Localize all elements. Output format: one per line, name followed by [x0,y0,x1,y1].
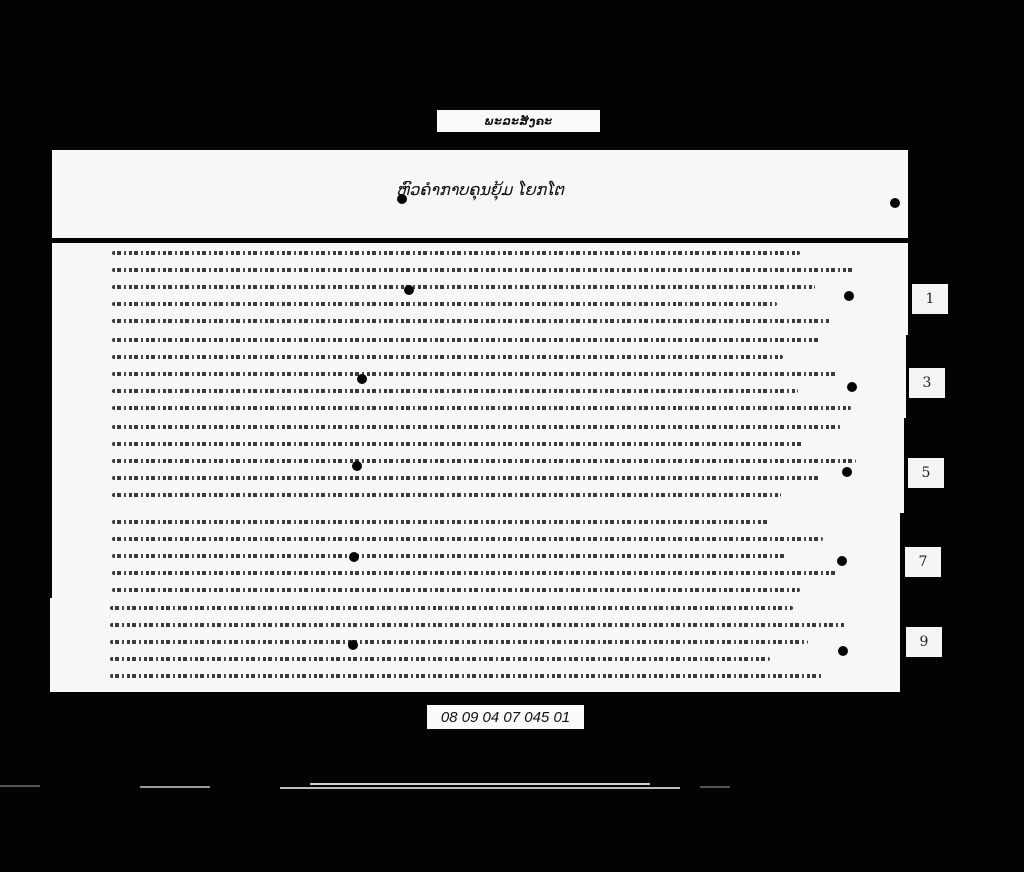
title-label: ພະລະສັງຄະ [437,110,600,132]
film-noise [0,785,40,787]
handwritten-script-line [110,640,808,644]
film-scratch [280,787,680,789]
manuscript-leaf-leaf-5 [52,417,904,513]
handwritten-script-line [112,571,838,575]
binding-hole-icon [397,194,407,204]
manuscript-leaf-leaf-3 [52,330,906,418]
page-number-tag: 3 [909,368,945,398]
script-lines [112,251,868,329]
handwritten-script-line [112,588,800,592]
binding-hole-icon [847,382,857,392]
manuscript-leaf-leaf-7 [52,512,900,606]
film-scratch [310,783,650,785]
handwritten-script-line [112,251,800,255]
binding-hole-icon [838,646,848,656]
script-lines [112,425,864,507]
binding-hole-icon [349,552,359,562]
handwritten-script-line [110,657,770,661]
handwritten-script-line [112,355,783,359]
manuscript-leaf-cover: ຫົວຄຳກາບຄຸນຍຸ້ມ ໂຍກໂຕ [52,150,908,238]
script-lines [110,606,860,686]
page-number-tag: 1 [912,284,948,314]
handwritten-script-line [112,319,830,323]
film-noise [700,786,730,788]
handwritten-script-line [112,459,856,463]
binding-hole-icon [844,291,854,301]
binding-hole-icon [348,640,358,650]
cover-leaf-caption: ຫົວຄຳກາບຄຸນຍຸ້ມ ໂຍກໂຕ [396,180,564,199]
handwritten-script-line [112,302,777,306]
handwritten-script-line [112,285,815,289]
manuscript-leaf-leaf-9 [50,598,900,692]
handwritten-script-line [112,338,821,342]
page-number-tag: 5 [908,458,944,488]
handwritten-script-line [110,606,793,610]
handwritten-script-line [112,493,781,497]
handwritten-script-line [112,389,798,393]
handwritten-script-line [110,674,823,678]
manuscript-leaf-leaf-1 [52,243,908,335]
binding-hole-icon [357,374,367,384]
handwritten-script-line [112,425,841,429]
binding-hole-icon [890,198,900,208]
handwritten-script-line [112,372,836,376]
binding-hole-icon [352,461,362,471]
reference-number-label: 08 09 04 07 045 01 [427,705,584,729]
handwritten-script-line [112,442,804,446]
binding-hole-icon [837,556,847,566]
handwritten-script-line [112,268,853,272]
handwritten-script-line [112,476,819,480]
script-lines [112,338,866,412]
script-lines [112,520,860,600]
page-number-tag: 9 [906,627,942,657]
handwritten-script-line [112,406,851,410]
handwritten-script-line [110,623,845,627]
binding-hole-icon [842,467,852,477]
film-scratch [140,786,210,788]
handwritten-script-line [112,520,770,524]
binding-hole-icon [404,285,414,295]
handwritten-script-line [112,554,785,558]
handwritten-script-line [112,537,823,541]
microfilm-frame: ພະລະສັງຄະ ຫົວຄຳກາບຄຸນຍຸ້ມ ໂຍກໂຕ 13579 08… [0,0,1024,872]
page-number-tag: 7 [905,547,941,577]
